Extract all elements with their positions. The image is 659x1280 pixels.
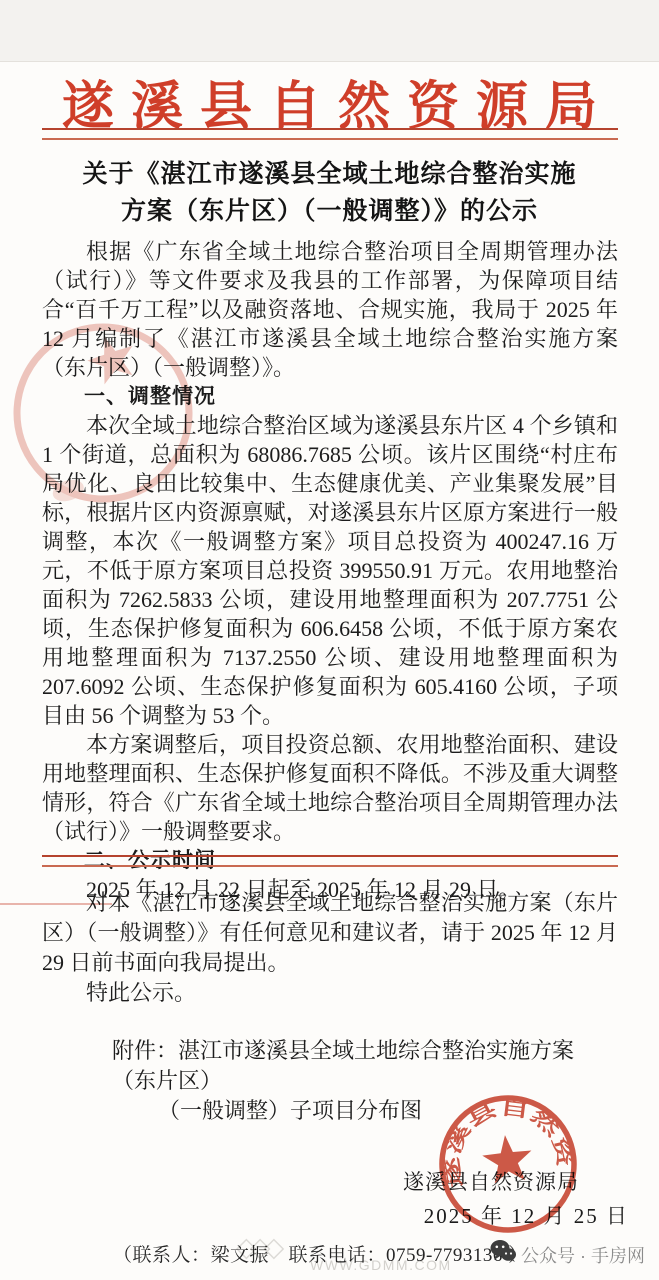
paragraph-feedback: 对本《湛江市遂溪县全域土地综合整治实施方案（东片区）（一般调整）》有任何意见和建… [42,888,618,978]
letterhead-double-rule [42,128,618,140]
page1-bottom-double-rule [42,855,618,867]
faint-seal-stamp-icon [8,318,198,508]
attachment-title: 湛江市遂溪县全域土地综合整治实施方案（东片区） [112,1038,574,1093]
paragraph-hereby: 特此公示。 [42,978,618,1008]
wechat-account-label: 公众号 · 手房网 [521,1242,645,1268]
notice-title: 关于《湛江市遂溪县全域土地综合整治实施 方案（东片区）（一般调整）》的公示 [40,156,619,230]
footer-contact-info: （联系人：梁文振 联系电话：0759-7793136 ） [113,1240,528,1267]
scanned-notice-document: { "page1": { "org_name": "遂溪县自然资源局", "ti… [0,0,659,1280]
notice-title-line2: 方案（东片区）（一般调整）》的公示 [40,193,619,230]
paragraph-compliance: 本方案调整后，项目投资总额、农用地整治面积、建设用地整理面积、生态保护修复面积不… [42,730,618,846]
attachment-line1: 附件：湛江市遂溪县全域土地综合整治实施方案（东片区） [112,1036,618,1096]
attachment-label: 附件： [112,1038,178,1063]
scan-top-band [0,0,659,62]
wechat-icon [489,1238,517,1264]
official-seal-stamp-icon: 遂溪县自然资源局 [433,1089,583,1239]
notice-title-line1: 关于《湛江市遂溪县全域土地综合整治实施 [40,156,619,193]
